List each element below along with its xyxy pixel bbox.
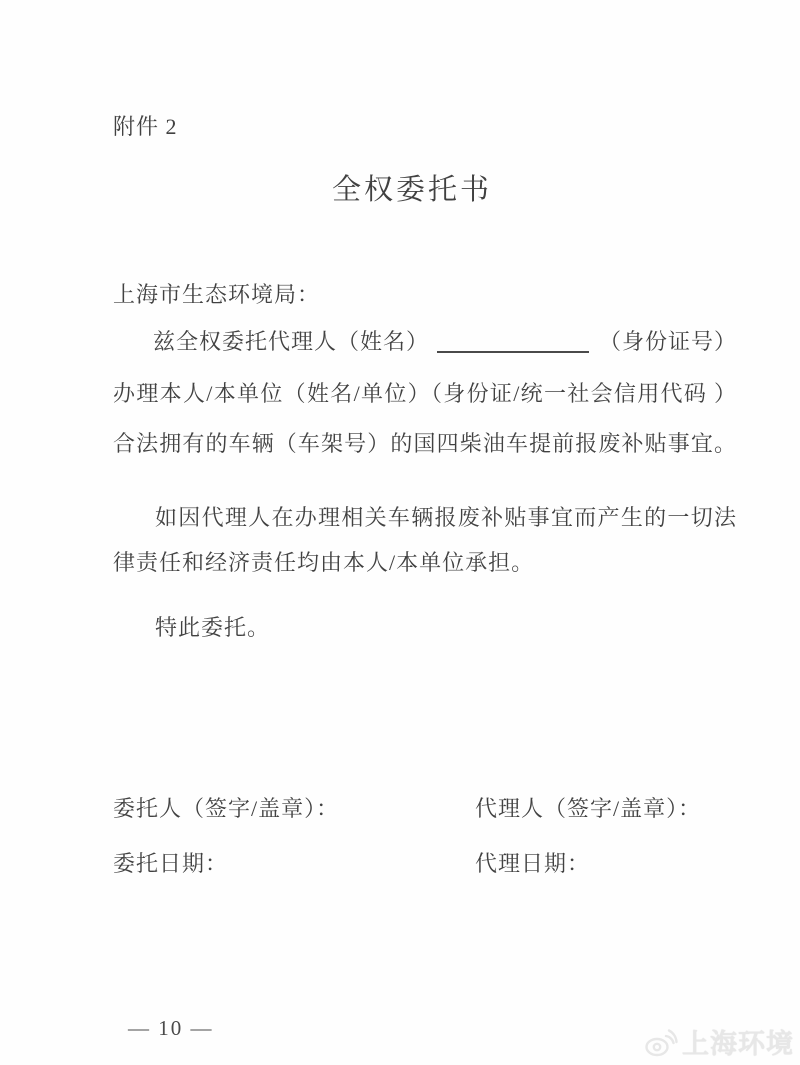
- authorization-idnumber-text: （身份证号）: [599, 315, 737, 369]
- principal-sign-label: 委托人（签字/盖章）：: [113, 794, 475, 824]
- page-number: — 10 —: [128, 1016, 214, 1041]
- attachment-label: 附件 2: [113, 110, 737, 141]
- authorization-line-3: 合法拥有的车辆（车架号）的国四柴油车提前报废补贴事宜。: [113, 419, 737, 469]
- liability-line-2: 律责任和经济责任均由本人/本单位承担。: [113, 540, 737, 585]
- watermark-text: 上海环境: [682, 1022, 794, 1061]
- principal-date-label: 委托日期：: [113, 849, 475, 879]
- document-content: 附件 2 全权委托书 上海市生态环境局： 兹全权委托代理人（姓名） （身份证号）…: [113, 0, 737, 879]
- agent-sign-label: 代理人（签字/盖章）：: [475, 794, 737, 824]
- authorization-lead-text: 兹全权委托代理人（姓名）: [113, 315, 429, 369]
- agent-signature-column: 代理人（签字/盖章）： 代理日期：: [475, 794, 737, 879]
- agent-name-blank-field: [437, 315, 589, 353]
- closing-statement: 特此委托。: [113, 611, 737, 642]
- authorization-line-2: 办理本人/本单位（姓名/单位）（身份证/统一社会信用代码 ）: [113, 369, 737, 419]
- weibo-icon: [644, 1027, 678, 1057]
- paragraph-liability: 如因代理人在办理相关车辆报废补贴事宜而产生的一切法 律责任和经济责任均由本人/本…: [113, 495, 737, 585]
- principal-signature-column: 委托人（签字/盖章）： 委托日期：: [113, 794, 475, 879]
- agent-date-label: 代理日期：: [475, 849, 737, 879]
- paragraph-authorization: 兹全权委托代理人（姓名） （身份证号） 办理本人/本单位（姓名/单位）（身份证/…: [113, 315, 737, 469]
- authorization-line-1: 兹全权委托代理人（姓名） （身份证号）: [113, 315, 737, 369]
- document-title: 全权委托书: [100, 167, 724, 208]
- liability-line-1: 如因代理人在办理相关车辆报废补贴事宜而产生的一切法: [113, 495, 737, 540]
- signature-block: 委托人（签字/盖章）： 委托日期： 代理人（签字/盖章）： 代理日期：: [113, 794, 737, 879]
- brand-watermark: 上海环境: [644, 1022, 794, 1061]
- salutation-line: 上海市生态环境局：: [113, 278, 737, 309]
- scanned-document-page: 附件 2 全权委托书 上海市生态环境局： 兹全权委托代理人（姓名） （身份证号）…: [0, 0, 800, 1065]
